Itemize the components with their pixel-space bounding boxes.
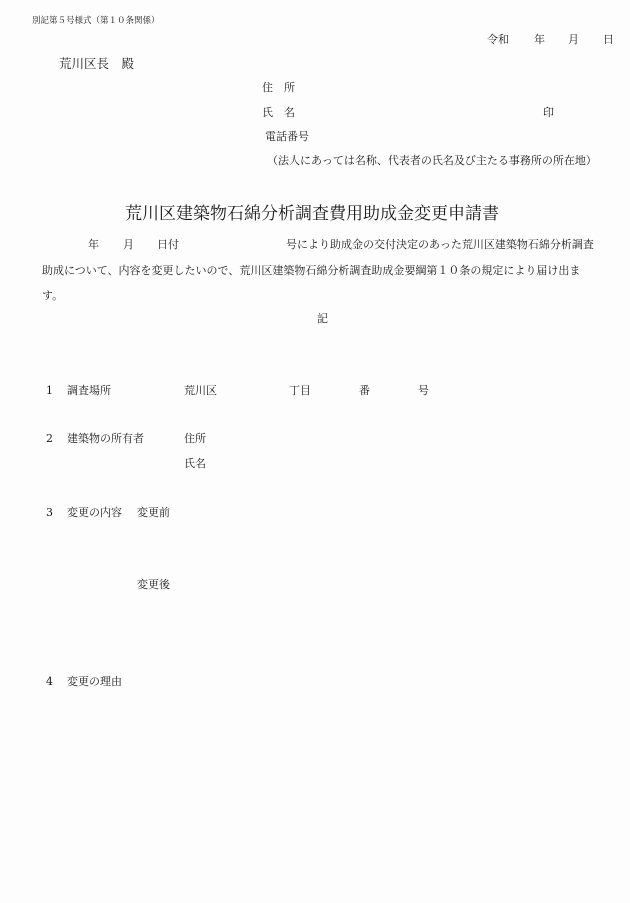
after-label: 変更後	[137, 579, 170, 590]
owner-name-label: 氏名	[184, 458, 206, 469]
item-number: 1	[46, 385, 53, 396]
body-month: 月	[123, 239, 134, 250]
body-line1: 号により助成金の交付決定のあった荒川区建築物石綿分析調査	[286, 239, 594, 250]
item-number: 2	[46, 433, 53, 444]
date-month: 月	[568, 34, 579, 45]
addressee: 荒川区長 殿	[59, 58, 134, 71]
date-year: 年	[534, 34, 545, 45]
item-label: 建築物の所有者	[67, 433, 144, 444]
item-number: 3	[46, 507, 53, 518]
ki-label: 記	[317, 313, 328, 324]
ward-label: 荒川区	[184, 385, 217, 396]
body-day: 日付	[157, 239, 179, 250]
body-line2: 助成について、内容を変更したいので、荒川区建築物石綿分析調査助成金要綱第１０条の…	[42, 265, 580, 276]
body-year: 年	[88, 239, 99, 250]
chome-label: 丁目	[289, 385, 311, 396]
page-title: 荒川区建築物石綿分析調査費用助成金変更申請書	[125, 206, 499, 223]
go-label: 号	[418, 385, 429, 396]
address-label: 住 所	[262, 82, 295, 93]
item-label: 変更の理由	[67, 676, 122, 687]
name-label: 氏 名	[262, 107, 295, 118]
item-number: 4	[46, 676, 53, 687]
item-label: 調査場所	[67, 385, 111, 396]
item-label: 変更の内容	[67, 507, 122, 518]
date-era: 令和	[487, 34, 509, 45]
seal-label: 印	[543, 107, 554, 118]
body-line3: す。	[42, 290, 63, 301]
before-label: 変更前	[137, 507, 170, 518]
ban-label: 番	[359, 385, 370, 396]
form-label: 別記第５号様式（第１０条関係）	[32, 17, 160, 26]
date-day: 日	[603, 34, 614, 45]
phone-label: 電話番号	[265, 131, 309, 142]
owner-address-label: 住所	[184, 433, 206, 444]
corporate-note: （法人にあっては名称、代表者の氏名及び主たる事務所の所在地）	[267, 155, 597, 166]
